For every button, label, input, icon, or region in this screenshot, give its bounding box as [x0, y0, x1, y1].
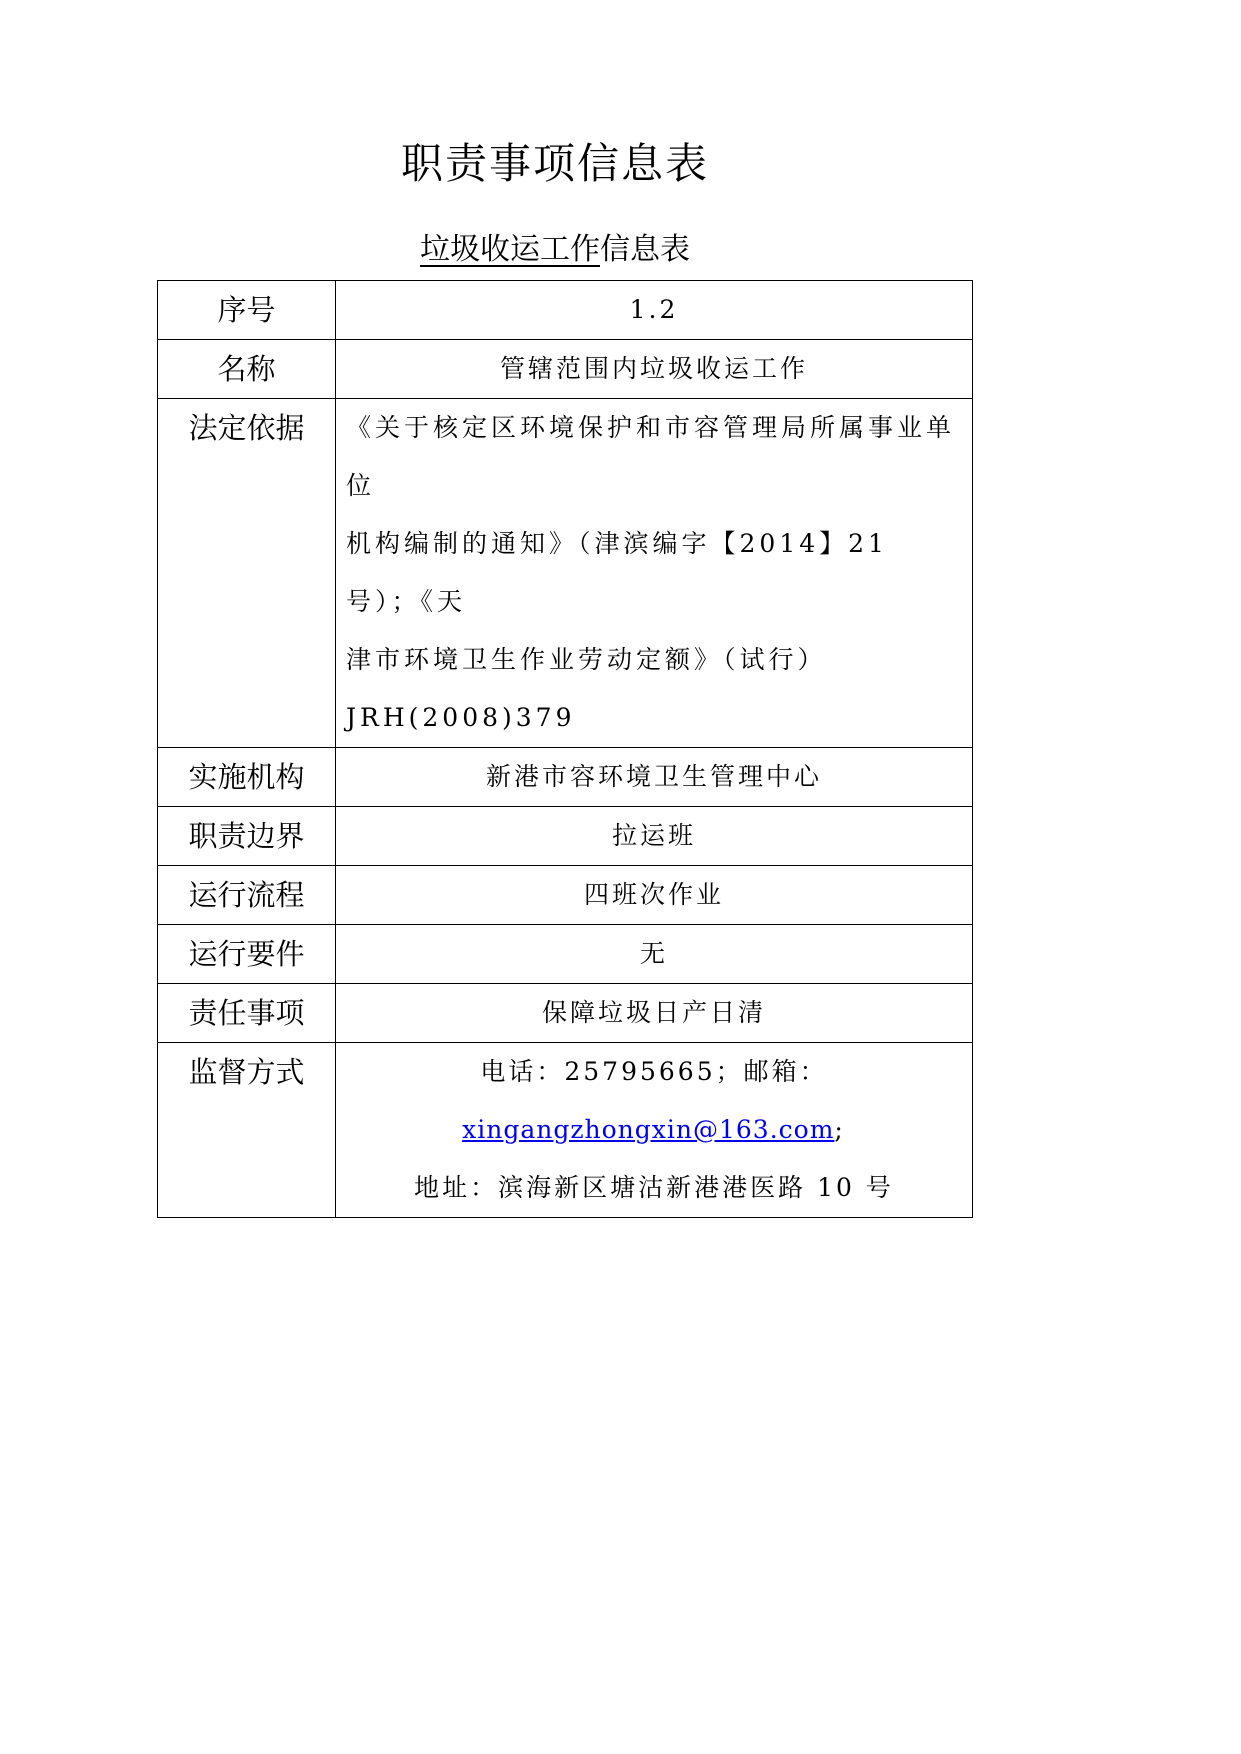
address-line: 地址：滨海新区塘沽新港港医路 10 号: [336, 1159, 972, 1217]
row-value: 新港市容环境卫生管理中心: [336, 748, 973, 807]
row-value-contact: 电话：25795665；邮箱： xingangzhongxin@163.com;…: [336, 1043, 973, 1218]
row-label: 运行流程: [158, 866, 336, 925]
email-line: xingangzhongxin@163.com;: [336, 1101, 972, 1159]
row-label: 名称: [158, 340, 336, 399]
table-subtitle: 垃圾收运工作信息表: [0, 228, 1110, 272]
email-link[interactable]: xingangzhongxin@163.com: [462, 1115, 834, 1144]
row-value: 拉运班: [336, 807, 973, 866]
table-row: 运行流程 四班次作业: [158, 866, 973, 925]
row-label: 序号: [158, 281, 336, 340]
row-value: 1.2: [336, 281, 973, 340]
info-table: 序号 1.2 名称 管辖范围内垃圾收运工作 法定依据 《关于核定区环境保护和市容…: [157, 280, 973, 1218]
row-label: 法定依据: [158, 399, 336, 748]
phone-line: 电话：25795665；邮箱：: [336, 1043, 972, 1101]
row-label: 实施机构: [158, 748, 336, 807]
row-label: 责任事项: [158, 984, 336, 1043]
table-row: 序号 1.2: [158, 281, 973, 340]
table-row: 实施机构 新港市容环境卫生管理中心: [158, 748, 973, 807]
table-row: 运行要件 无: [158, 925, 973, 984]
row-value: 无: [336, 925, 973, 984]
subtitle-rest: 信息表: [600, 232, 690, 267]
table-row: 名称 管辖范围内垃圾收运工作: [158, 340, 973, 399]
row-label: 运行要件: [158, 925, 336, 984]
row-label: 职责边界: [158, 807, 336, 866]
row-value-legal-basis: 《关于核定区环境保护和市容管理局所属事业单位 机构编制的通知》（津滨编字【201…: [336, 399, 973, 748]
table-row: 责任事项 保障垃圾日产日清: [158, 984, 973, 1043]
row-label: 监督方式: [158, 1043, 336, 1218]
table-row: 法定依据 《关于核定区环境保护和市容管理局所属事业单位 机构编制的通知》（津滨编…: [158, 399, 973, 748]
row-value: 管辖范围内垃圾收运工作: [336, 340, 973, 399]
subtitle-underlined: 垃圾收运工作: [420, 232, 600, 267]
table-row: 职责边界 拉运班: [158, 807, 973, 866]
row-value: 四班次作业: [336, 866, 973, 925]
legal-basis-line: 津市环境卫生作业劳动定额》（试行）JRH(2008)379: [346, 631, 972, 747]
email-suffix: ;: [834, 1115, 845, 1144]
page-title: 职责事项信息表: [0, 134, 1110, 194]
legal-basis-line: 机构编制的通知》（津滨编字【2014】21 号）；《天: [346, 515, 972, 631]
legal-basis-line: 《关于核定区环境保护和市容管理局所属事业单位: [346, 399, 972, 515]
table-row: 监督方式 电话：25795665；邮箱： xingangzhongxin@163…: [158, 1043, 973, 1218]
row-value: 保障垃圾日产日清: [336, 984, 973, 1043]
